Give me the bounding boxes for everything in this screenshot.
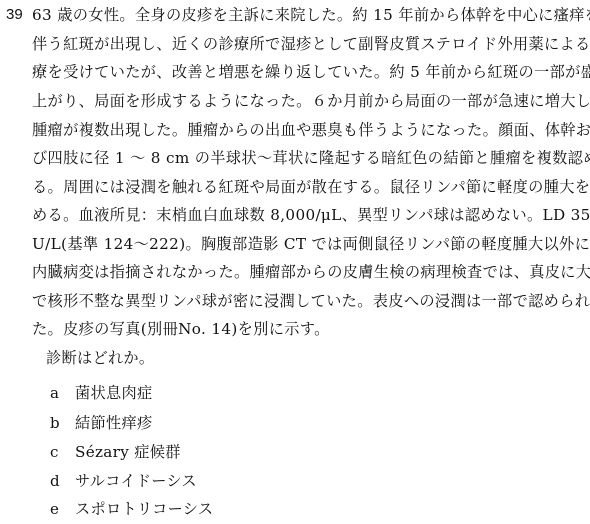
- stem-line: び四肢に径 1 〜 8 cm の半球状〜茸状に隆起する暗紅色の結節と腫瘤を複数認…: [32, 148, 590, 168]
- option-label: サルコイドーシス: [75, 471, 197, 491]
- option-label: スポロトリコーシス: [75, 499, 213, 519]
- stem-line: 内臓病変は指摘されなかった。腫瘤部からの皮膚生検の病理検査では、真皮に大型: [32, 262, 590, 282]
- question-number: 39: [6, 5, 23, 25]
- option-label: 菌状息肉症: [75, 383, 152, 403]
- option-letter: c: [50, 442, 64, 462]
- option-letter: d: [50, 471, 64, 491]
- question-prompt: 診断はどれか。: [46, 348, 154, 368]
- stem-line: 伴う紅斑が出現し、近くの診療所で湿疹として副腎皮質ステロイド外用薬による治: [32, 34, 590, 54]
- stem-line: 療を受けていたが、改善と増悪を繰り返していた。約 5 年前から紅斑の一部が盛り: [32, 62, 590, 82]
- option-label: 結節性痒疹: [75, 413, 152, 433]
- stem-line: める。血液所見：末梢血白血球数 8,000/μL、異型リンパ球は認めない。LD …: [32, 205, 590, 225]
- stem-line: 上がり、局面を形成するようになった。６か月前から局面の一部が急速に増大し、: [32, 91, 590, 111]
- option-letter: e: [50, 499, 64, 519]
- option-letter: b: [50, 413, 64, 433]
- stem-line: U/L(基準 124〜222)。胸腹部造影 CT では両側鼠径リンパ節の軽度腫大…: [32, 234, 590, 254]
- stem-line: 63 歳の女性。全身の皮疹を主訴に来院した。約 15 年前から体幹を中心に瘙痒を: [32, 5, 590, 25]
- stem-line: 腫瘤が複数出現した。腫瘤からの出血や悪臭も伴うようになった。顔面、体幹およ: [32, 120, 590, 140]
- option-letter: a: [50, 383, 64, 403]
- stem-line: で核形不整な異型リンパ球が密に浸潤していた。表皮への浸潤は一部で認められ: [32, 291, 590, 311]
- option-label: Sézary 症候群: [75, 442, 181, 462]
- stem-line: た。皮疹の写真(別冊No. 14)を別に示す。: [32, 319, 330, 339]
- stem-line: る。周囲には浸潤を触れる紅斑や局面が散在する。鼠径リンパ節に軽度の腫大を認: [32, 177, 590, 197]
- exam-question-page: 39 63 歳の女性。全身の皮疹を主訴に来院した。約 15 年前から体幹を中心に…: [0, 0, 590, 524]
